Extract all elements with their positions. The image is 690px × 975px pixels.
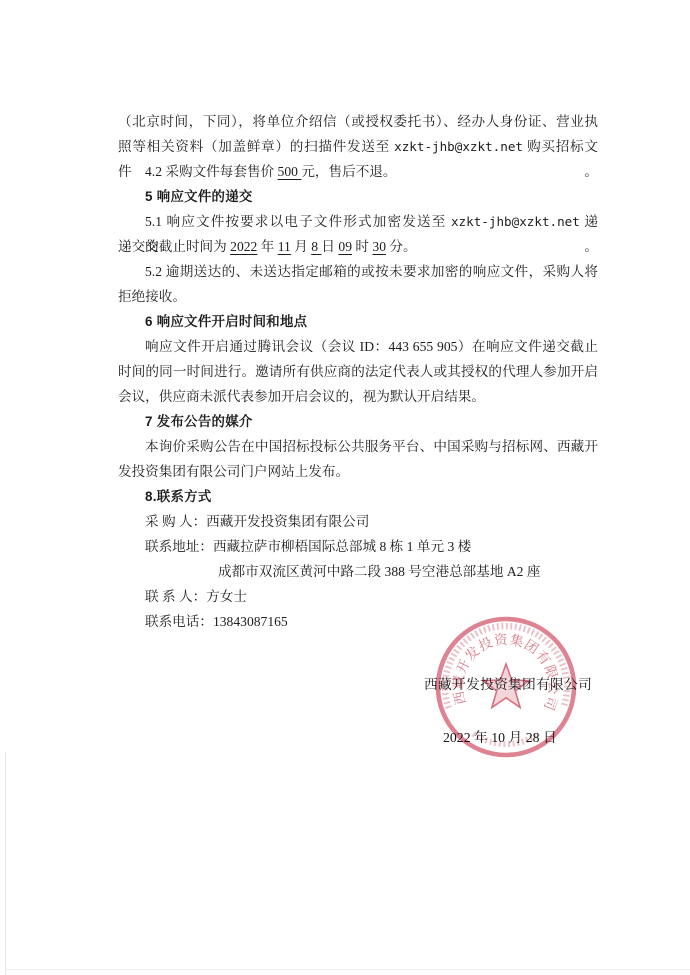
contact-address-line-2: 成都市双流区黄河中路二段 388 号空港总部基地 A2 座 xyxy=(118,559,598,584)
para-7-line-2: 发投资集团有限公司门户网站上发布。 xyxy=(118,459,598,484)
text-segment: 采 购 人：西藏开发投资集团有限公司 xyxy=(145,514,369,529)
email-text: xzkt-jhb@xzkt.net xyxy=(451,214,580,229)
text-segment: 照等相关资料（加盖鲜章）的扫描件发送至 xyxy=(118,139,394,154)
text-segment: 月 xyxy=(291,239,311,254)
para-5-2-line-1: 5.2 逾期送达的、未送达指定邮箱的或按未要求加密的响应文件，采购人将 xyxy=(118,259,598,284)
text-segment: 5 响应文件的递交 xyxy=(145,189,253,204)
scanned-document-page: （北京时间，下同），将单位介绍信（或授权委托书）、经办人身份证、营业执照等相关资… xyxy=(0,0,690,975)
text-segment: 6 响应文件开启时间和地点 xyxy=(145,314,307,329)
para-6-line-1: 响应文件开启通过腾讯会议（会议 ID：443 655 905）在响应文件递交截止 xyxy=(118,334,598,359)
section-5-heading: 5 响应文件的递交 xyxy=(118,184,598,209)
seal-tibetan-arc xyxy=(445,626,567,708)
text-segment: 时间的同一时间进行。邀请所有供应商的法定代表人或其授权的代理人参加开启 xyxy=(118,364,598,379)
text-segment: 联系电话：13843087165 xyxy=(145,614,288,629)
text-segment: 元，售后不退。 xyxy=(301,164,396,179)
underlined-value: 500 xyxy=(278,164,302,179)
underlined-value: 09 xyxy=(338,239,352,254)
text-segment: 响应文件开启通过腾讯会议（会议 ID：443 655 905）在响应文件递交截止 xyxy=(145,339,598,354)
underlined-value: 11 xyxy=(278,239,291,254)
para-6-line-3: 会议，供应商未派代表参加开启会议的，视为默认开启结果。 xyxy=(118,384,598,409)
text-segment: 递交的截止时间为 xyxy=(118,239,230,254)
text-segment: 会议，供应商未派代表参加开启会议的，视为默认开启结果。 xyxy=(118,389,485,404)
text-segment: 拒绝接收。 xyxy=(118,289,186,304)
text-segment: 年 xyxy=(257,239,277,254)
signature-date: 2022 年 10 月 28 日 xyxy=(443,726,557,746)
text-segment: 成都市双流区黄河中路二段 388 号空港总部基地 A2 座 xyxy=(218,564,540,579)
text-segment: 5.1 响应文件按要求以电子文件形式加密发送至 xyxy=(145,214,451,229)
text-segment: 日 xyxy=(321,239,338,254)
page-bottom-edge-shadow xyxy=(5,969,690,970)
text-segment: 时 xyxy=(352,239,372,254)
para-7-line-1: 本询价采购公告在中国招标投标公共服务平台、中国采购与招标网、西藏开 xyxy=(118,434,598,459)
contact-phone: 联系电话：13843087165 xyxy=(118,609,598,634)
email-text: xzkt-jhb@xzkt.net xyxy=(394,139,523,154)
para-5-1-line-1: 5.1 响应文件按要求以电子文件形式加密发送至 xzkt-jhb@xzkt.ne… xyxy=(118,209,598,234)
section-8-heading: 8.联系方式 xyxy=(118,484,598,509)
text-segment: （北京时间，下同），将单位介绍信（或授权委托书）、经办人身份证、营业执 xyxy=(118,114,598,129)
text-segment: 5.2 逾期送达的、未送达指定邮箱的或按未要求加密的响应文件，采购人将 xyxy=(145,264,598,279)
para-5-2-line-2: 拒绝接收。 xyxy=(118,284,598,309)
section-6-heading: 6 响应文件开启时间和地点 xyxy=(118,309,598,334)
contact-person: 联 系 人：方女士 xyxy=(118,584,598,609)
underlined-value: 2022 xyxy=(230,239,257,254)
text-segment: 8.联系方式 xyxy=(145,489,212,504)
text-segment: 本询价采购公告在中国招标投标公共服务平台、中国采购与招标网、西藏开 xyxy=(145,439,598,454)
contact-address-line-1: 联系地址：西藏拉萨市柳梧国际总部城 8 栋 1 单元 3 楼 xyxy=(118,534,598,559)
section-7-heading: 7 发布公告的媒介 xyxy=(118,409,598,434)
contact-buyer: 采 购 人：西藏开发投资集团有限公司 xyxy=(118,509,598,534)
page-left-edge-shadow xyxy=(5,752,6,975)
para-4-1-line-2: 照等相关资料（加盖鲜章）的扫描件发送至 xzkt-jhb@xzkt.net 购买… xyxy=(118,134,598,159)
text-segment: 联系地址：西藏拉萨市柳梧国际总部城 8 栋 1 单元 3 楼 xyxy=(145,539,471,554)
underlined-value: 8 xyxy=(311,239,321,254)
text-segment: 发投资集团有限公司门户网站上发布。 xyxy=(118,464,349,479)
text-segment: 联 系 人：方女士 xyxy=(145,589,247,604)
para-6-line-2: 时间的同一时间进行。邀请所有供应商的法定代表人或其授权的代理人参加开启 xyxy=(118,359,598,384)
signature-company: 西藏开发投资集团有限公司 xyxy=(424,673,592,693)
text-segment: 7 发布公告的媒介 xyxy=(145,414,253,429)
document-body: （北京时间，下同），将单位介绍信（或授权委托书）、经办人身份证、营业执照等相关资… xyxy=(118,109,598,634)
para-4-1-line-1: （北京时间，下同），将单位介绍信（或授权委托书）、经办人身份证、营业执 xyxy=(118,109,598,134)
underlined-value: 30 xyxy=(372,239,386,254)
text-segment: 4.2 采购文件每套售价 xyxy=(145,164,278,179)
text-segment: 分。 xyxy=(386,239,417,254)
